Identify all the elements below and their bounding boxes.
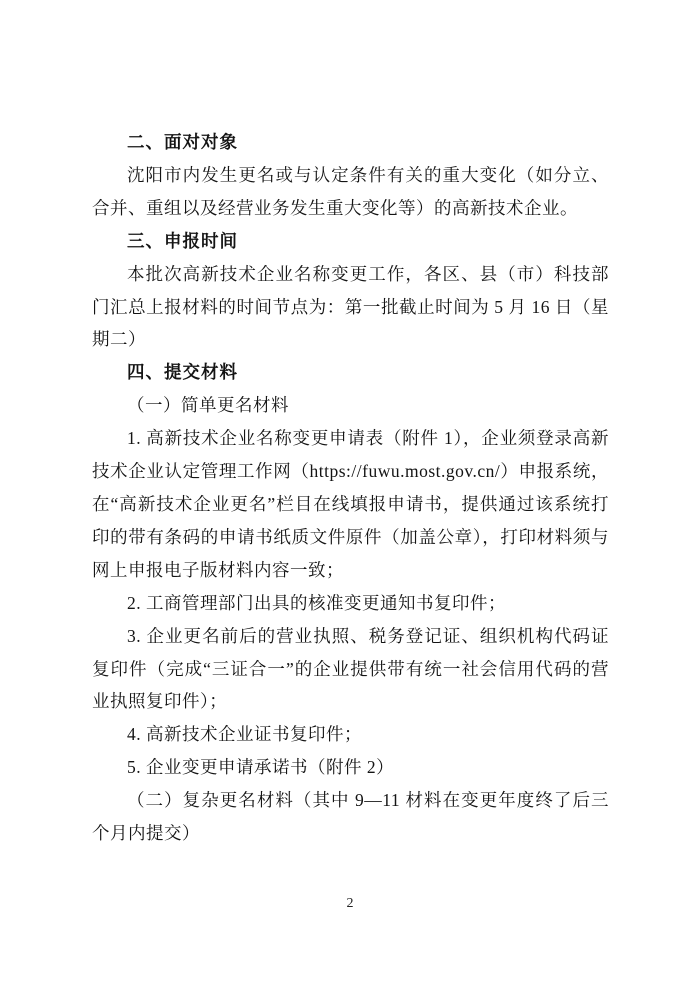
section-heading-2: 二、面对对象 bbox=[92, 126, 609, 159]
subsection-heading-complex: （二）复杂更名材料（其中 9—11 材料在变更年度终了后三个月内提交） bbox=[92, 784, 609, 850]
page-number: 2 bbox=[0, 896, 700, 912]
document-page: 二、面对对象 沈阳市内发生更名或与认定条件有关的重大变化（如分立、合并、重组以及… bbox=[0, 0, 700, 989]
list-item-3: 3. 企业更名前后的营业执照、税务登记证、组织机构代码证复印件（完成“三证合一”… bbox=[92, 620, 609, 719]
list-item-1: 1. 高新技术企业名称变更申请表（附件 1），企业须登录高新技术企业认定管理工作… bbox=[92, 422, 609, 587]
list-item-2: 2. 工商管理部门出具的核准变更通知书复印件； bbox=[92, 587, 609, 620]
paragraph-target-audience: 沈阳市内发生更名或与认定条件有关的重大变化（如分立、合并、重组以及经营业务发生重… bbox=[92, 159, 609, 225]
list-item-5: 5. 企业变更申请承诺书（附件 2） bbox=[92, 751, 609, 784]
section-heading-4: 四、提交材料 bbox=[92, 356, 609, 389]
document-body: 二、面对对象 沈阳市内发生更名或与认定条件有关的重大变化（如分立、合并、重组以及… bbox=[92, 126, 609, 850]
subsection-heading-simple: （一）简单更名材料 bbox=[92, 389, 609, 422]
list-item-4: 4. 高新技术企业证书复印件； bbox=[92, 718, 609, 751]
section-heading-3: 三、申报时间 bbox=[92, 225, 609, 258]
paragraph-deadline: 本批次高新技术企业名称变更工作，各区、县（市）科技部门汇总上报材料的时间节点为：… bbox=[92, 258, 609, 357]
